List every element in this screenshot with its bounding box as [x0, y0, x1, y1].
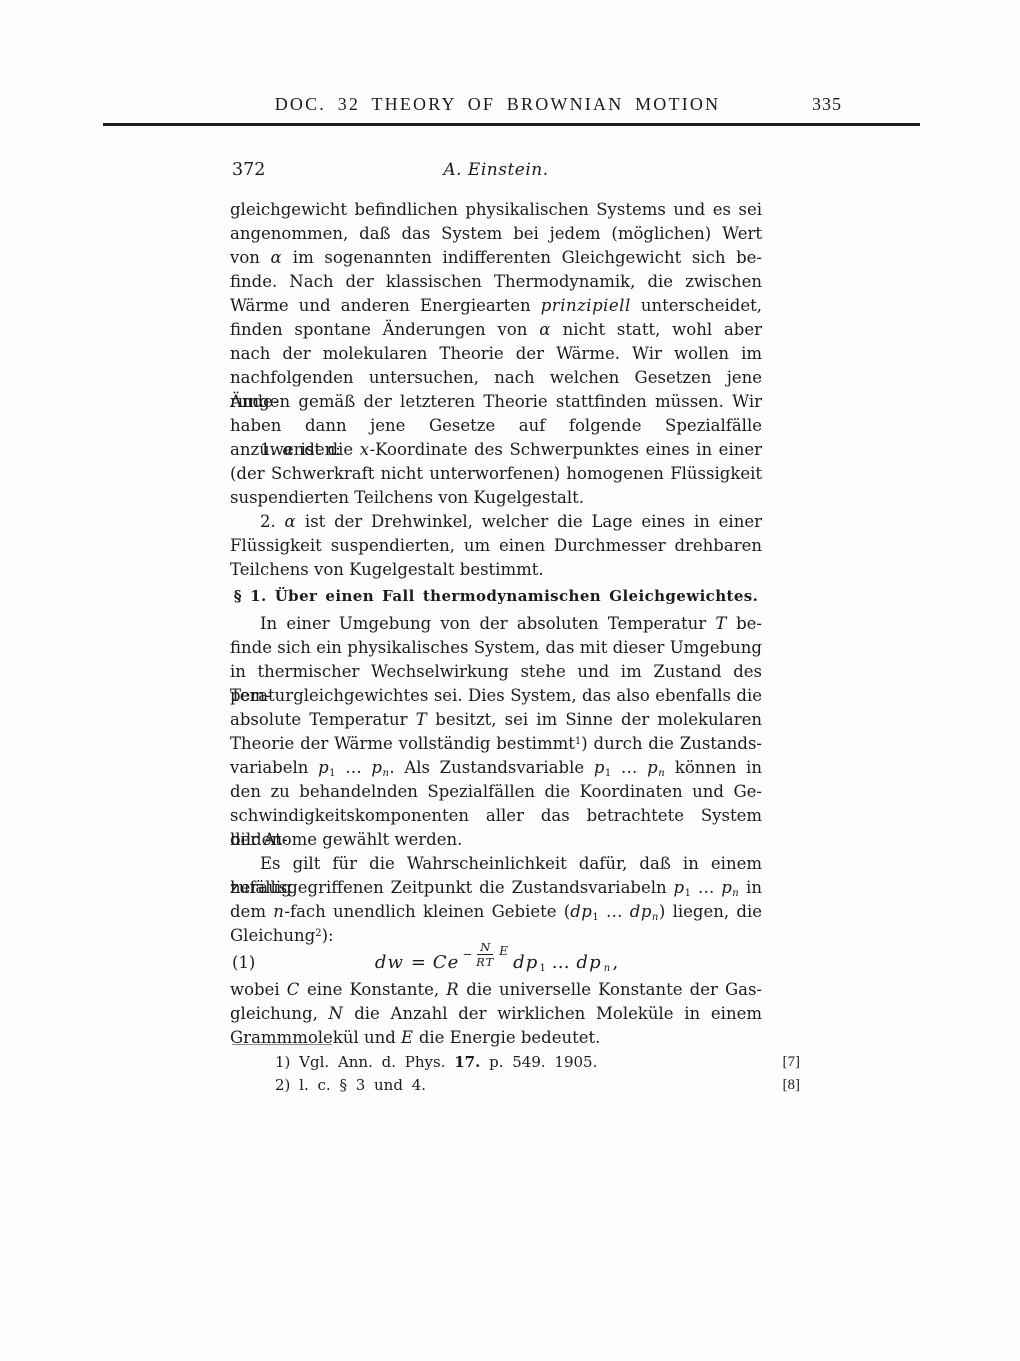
text-line: finde. Nach der klassischen Thermodynami… — [230, 270, 762, 294]
text-line: variabeln p1 … pn. Als Zustandsvariable … — [230, 756, 762, 780]
equation-number: (1) — [232, 951, 255, 975]
text-line: in thermischer Wechselwirkung stehe und … — [230, 660, 762, 684]
text-line: Wärme und anderen Energiearten prinzipie… — [230, 294, 762, 318]
equation-exponent: −NRTE — [463, 941, 509, 968]
text-line: angenommen, daß das System bei jedem (mö… — [230, 222, 762, 246]
author-name: A. Einstein. — [230, 160, 762, 180]
running-title: DOC. 32 THEORY OF BROWNIAN MOTION — [103, 94, 920, 115]
equation: (1)dw = Ce−NRTEdp1 … dpn, — [230, 948, 762, 978]
equation-lhs: dw = Ce — [374, 951, 461, 975]
text-line: Flüssigkeit suspendierten, um einen Durc… — [230, 534, 762, 558]
footnote: 1) Vgl. Ann. d. Phys. 17. p. 549. 1905.[… — [230, 1051, 762, 1074]
text-line: nachfolgenden untersuchen, nach welchen … — [230, 366, 762, 390]
section-heading: § 1. Über einen Fall thermodynamischen G… — [230, 586, 762, 606]
text-line: Teilchens von Kugelgestalt bestimmt. — [230, 558, 762, 582]
text-line: (der Schwerkraft nicht unterworfenen) ho… — [230, 462, 762, 486]
footnote-label: 1) — [275, 1053, 290, 1071]
header-rule — [103, 123, 920, 126]
equation-formula: dw = Ce−NRTEdp1 … dpn, — [374, 950, 618, 977]
exponent-fraction: NRT — [476, 941, 494, 968]
footnote-rule — [232, 1044, 332, 1045]
margin-number: [7] — [783, 1051, 801, 1074]
footnote-block: 1) Vgl. Ann. d. Phys. 17. p. 549. 1905.[… — [230, 1044, 762, 1097]
text-line: nach der molekularen Theorie der Wärme. … — [230, 342, 762, 366]
scanned-book-page: DOC. 32 THEORY OF BROWNIAN MOTION 335 37… — [0, 0, 1020, 1361]
text-line: schwindigkeitskomponenten aller das betr… — [230, 804, 762, 828]
footnotes: 1) Vgl. Ann. d. Phys. 17. p. 549. 1905.[… — [230, 1051, 762, 1097]
footnote: 2) l. c. § 3 und 4.[8] — [230, 1074, 762, 1097]
text-line: Theorie der Wärme vollständig bestimmt1)… — [230, 732, 762, 756]
text-line: suspendierten Teilchens von Kugelgestalt… — [230, 486, 762, 510]
text-line: gleichung, N die Anzahl der wirklichen M… — [230, 1002, 762, 1026]
text-line: wobei C eine Konstante, R die universell… — [230, 978, 762, 1002]
equation-rhs: dp1 … dpn, — [512, 951, 618, 975]
text-line: gleichgewicht befindlichen physikalische… — [230, 198, 762, 222]
text-line: finden spontane Änderungen von α nicht s… — [230, 318, 762, 342]
text-line: finde sich ein physikalisches System, da… — [230, 636, 762, 660]
text-line: rungen gemäß der letzteren Theorie statt… — [230, 390, 762, 414]
book-page-number: 335 — [812, 94, 842, 115]
margin-number: [8] — [783, 1074, 801, 1097]
text-line: 1. α ist die x-Koordinate des Schwerpunk… — [230, 438, 762, 462]
text-line: haben dann jene Gesetze auf folgende Spe… — [230, 414, 762, 438]
text-line: von α im sogenannten indifferenten Gleic… — [230, 246, 762, 270]
text-column: gleichgewicht befindlichen physikalische… — [230, 198, 762, 1050]
text-line: In einer Umgebung von der absoluten Temp… — [230, 612, 762, 636]
text-line: herausgegriffenen Zeitpunkt die Zustands… — [230, 876, 762, 900]
text-line: 2. α ist der Drehwinkel, welcher die Lag… — [230, 510, 762, 534]
text-line: Es gilt für die Wahrscheinlichkeit dafür… — [230, 852, 762, 876]
text-line: der Atome gewählt werden. — [230, 828, 762, 852]
original-page-number: 372 — [232, 160, 265, 180]
text-line: peraturgleichgewichtes sei. Dies System,… — [230, 684, 762, 708]
running-header: DOC. 32 THEORY OF BROWNIAN MOTION 335 — [103, 94, 920, 115]
text-line: den zu behandelnden Spezialfällen die Ko… — [230, 780, 762, 804]
article-header: 372 A. Einstein. — [230, 160, 762, 184]
text-line: absolute Temperatur T besitzt, sei im Si… — [230, 708, 762, 732]
text-line: dem n-fach unendlich kleinen Gebiete (dp… — [230, 900, 762, 924]
footnote-label: 2) — [275, 1076, 290, 1094]
